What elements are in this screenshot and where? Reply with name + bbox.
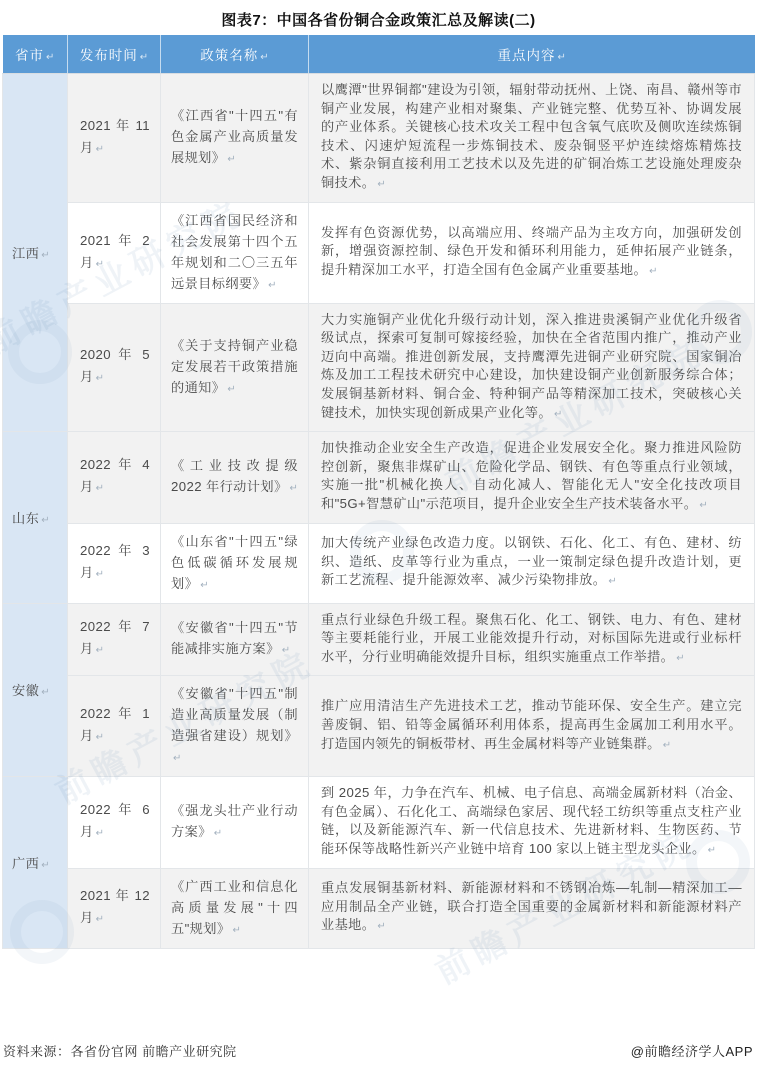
return-mark-icon: ↵ bbox=[94, 914, 104, 925]
return-mark-icon: ↵ bbox=[39, 687, 49, 698]
date-cell: 2022 年 1 月↵ bbox=[68, 676, 161, 777]
table-row: 广西↵2022 年 6 月↵《强龙头壮产业行动方案》↵到 2025 年，力争在汽… bbox=[3, 777, 755, 868]
content-cell: 加大传统产业绿色改造力度。以钢铁、石化、化工、有色、建材、纺织、造纸、皮革等行业… bbox=[309, 523, 755, 603]
policy-cell: 《安徽省"十四五"制造业高质量发展（制造强省建设）规划》↵ bbox=[161, 676, 309, 777]
return-mark-icon: ↵ bbox=[94, 259, 104, 270]
content-cell: 大力实施铜产业优化升级行动计划，深入推进贵溪铜产业优化升级省级试点，探索可复制可… bbox=[309, 303, 755, 432]
footer-brand: @前瞻经济学人APP bbox=[631, 1041, 753, 1060]
date-cell: 2022 年 3 月↵ bbox=[68, 523, 161, 603]
date-cell: 2020 年 5 月↵ bbox=[68, 303, 161, 432]
return-mark-icon: ↵ bbox=[94, 828, 104, 839]
policy-cell: 《江西省国民经济和社会发展第十四个五年规划和二〇三五年远景目标纲要》↵ bbox=[161, 202, 309, 303]
return-mark-icon: ↵ bbox=[212, 828, 222, 839]
policy-cell: 《山东省"十四五"绿色低碳循环发展规划》↵ bbox=[161, 523, 309, 603]
table-row: 2022 年 1 月↵《安徽省"十四五"制造业高质量发展（制造强省建设）规划》↵… bbox=[3, 676, 755, 777]
table-row: 安徽↵2022 年 7 月↵《安徽省"十四五"节能减排实施方案》↵重点行业绿色升… bbox=[3, 603, 755, 676]
policy-cell: 《强龙头壮产业行动方案》↵ bbox=[161, 777, 309, 868]
content-cell: 推广应用清洁生产先进技术工艺，推动节能环保、安全生产。建立完善废铜、铝、铅等金属… bbox=[309, 676, 755, 777]
date-cell: 2022 年 7 月↵ bbox=[68, 603, 161, 676]
table-row: 山东↵2022 年 4 月↵《工业技改提级 2022 年行动计划》↵加快推动企业… bbox=[3, 432, 755, 523]
return-mark-icon: ↵ bbox=[375, 179, 385, 190]
province-cell: 山东↵ bbox=[3, 432, 68, 603]
table-row: 2020 年 5 月↵《关于支持铜产业稳定发展若干政策措施的通知》↵大力实施铜产… bbox=[3, 303, 755, 432]
return-mark-icon: ↵ bbox=[94, 483, 104, 494]
province-cell: 江西↵ bbox=[3, 74, 68, 432]
date-cell: 2021 年 12 月↵ bbox=[68, 868, 161, 948]
return-mark-icon: ↵ bbox=[94, 645, 104, 656]
content-cell: 重点发展铜基新材料、新能源材料和不锈钢冶炼—轧制—精深加工—应用制品全产业链，联… bbox=[309, 868, 755, 948]
return-mark-icon: ↵ bbox=[138, 52, 148, 63]
policy-cell: 《安徽省"十四五"节能减排实施方案》↵ bbox=[161, 603, 309, 676]
date-cell: 2021 年 11 月↵ bbox=[68, 74, 161, 203]
table-row: 江西↵2021 年 11 月↵《江西省"十四五"有色金属产业高质量发展规划》↵以… bbox=[3, 74, 755, 203]
return-mark-icon: ↵ bbox=[697, 500, 707, 511]
return-mark-icon: ↵ bbox=[706, 845, 716, 856]
date-cell: 2022 年 4 月↵ bbox=[68, 432, 161, 523]
return-mark-icon: ↵ bbox=[647, 266, 657, 277]
table-row: 2021 年 2 月↵《江西省国民经济和社会发展第十四个五年规划和二〇三五年远景… bbox=[3, 202, 755, 303]
return-mark-icon: ↵ bbox=[280, 645, 290, 656]
province-cell: 广西↵ bbox=[3, 777, 68, 948]
return-mark-icon: ↵ bbox=[94, 144, 104, 155]
content-cell: 加快推动企业安全生产改造，促进企业发展安全化。聚力推进风险防控创新，聚焦非煤矿山… bbox=[309, 432, 755, 523]
return-mark-icon: ↵ bbox=[661, 740, 671, 751]
return-mark-icon: ↵ bbox=[198, 580, 208, 591]
column-header-policy: 政策名称↵ bbox=[161, 35, 309, 74]
date-cell: 2021 年 2 月↵ bbox=[68, 202, 161, 303]
content-cell: 发挥有色资源优势，以高端应用、终端产品为主攻方向，加强研发创新，增强资源控制、绿… bbox=[309, 202, 755, 303]
return-mark-icon: ↵ bbox=[94, 732, 104, 743]
return-mark-icon: ↵ bbox=[225, 154, 235, 165]
return-mark-icon: ↵ bbox=[39, 250, 49, 261]
table-row: 2022 年 3 月↵《山东省"十四五"绿色低碳循环发展规划》↵加大传统产业绿色… bbox=[3, 523, 755, 603]
return-mark-icon: ↵ bbox=[44, 52, 54, 63]
policy-table-header: 省市↵ 发布时间↵ 政策名称↵ 重点内容↵ bbox=[3, 35, 755, 74]
policy-cell: 《江西省"十四五"有色金属产业高质量发展规划》↵ bbox=[161, 74, 309, 203]
return-mark-icon: ↵ bbox=[288, 483, 298, 494]
column-header-date: 发布时间↵ bbox=[68, 35, 161, 74]
policy-table: 省市↵ 发布时间↵ 政策名称↵ 重点内容↵ 江西↵2021 年 11 月↵《江西… bbox=[2, 35, 755, 949]
return-mark-icon: ↵ bbox=[94, 569, 104, 580]
page-title: 图表7：中国各省份铜合金政策汇总及解读(二) bbox=[0, 0, 757, 35]
return-mark-icon: ↵ bbox=[39, 860, 49, 871]
return-mark-icon: ↵ bbox=[258, 52, 268, 63]
return-mark-icon: ↵ bbox=[556, 52, 566, 63]
return-mark-icon: ↵ bbox=[606, 576, 616, 587]
return-mark-icon: ↵ bbox=[266, 280, 276, 291]
content-cell: 到 2025 年，力争在汽车、机械、电子信息、高端金属新材料（冶金、有色金属）、… bbox=[309, 777, 755, 868]
return-mark-icon: ↵ bbox=[230, 925, 240, 936]
province-cell: 安徽↵ bbox=[3, 603, 68, 777]
policy-cell: 《工业技改提级 2022 年行动计划》↵ bbox=[161, 432, 309, 523]
content-cell: 以鹰潭"世界铜都"建设为引领，辐射带动抚州、上饶、南昌、赣州等市铜产业发展，构建… bbox=[309, 74, 755, 203]
return-mark-icon: ↵ bbox=[552, 409, 562, 420]
policy-table-body: 江西↵2021 年 11 月↵《江西省"十四五"有色金属产业高质量发展规划》↵以… bbox=[3, 74, 755, 949]
table-row: 2021 年 12 月↵《广西工业和信息化高质量发展"十四五"规划》↵重点发展铜… bbox=[3, 868, 755, 948]
date-cell: 2022 年 6 月↵ bbox=[68, 777, 161, 868]
policy-cell: 《广西工业和信息化高质量发展"十四五"规划》↵ bbox=[161, 868, 309, 948]
return-mark-icon: ↵ bbox=[375, 921, 385, 932]
return-mark-icon: ↵ bbox=[94, 373, 104, 384]
column-header-content: 重点内容↵ bbox=[309, 35, 755, 74]
return-mark-icon: ↵ bbox=[674, 653, 684, 664]
column-header-province: 省市↵ bbox=[3, 35, 68, 74]
policy-cell: 《关于支持铜产业稳定发展若干政策措施的通知》↵ bbox=[161, 303, 309, 432]
return-mark-icon: ↵ bbox=[39, 515, 49, 526]
footer: 资料来源：各省份官网 前瞻产业研究院 @前瞻经济学人APP bbox=[0, 1040, 757, 1065]
content-cell: 重点行业绿色升级工程。聚焦石化、化工、钢铁、电力、有色、建材等主要耗能行业，开展… bbox=[309, 603, 755, 676]
return-mark-icon: ↵ bbox=[171, 753, 181, 764]
return-mark-icon: ↵ bbox=[225, 384, 235, 395]
footer-source: 资料来源：各省份官网 前瞻产业研究院 bbox=[3, 1041, 237, 1060]
